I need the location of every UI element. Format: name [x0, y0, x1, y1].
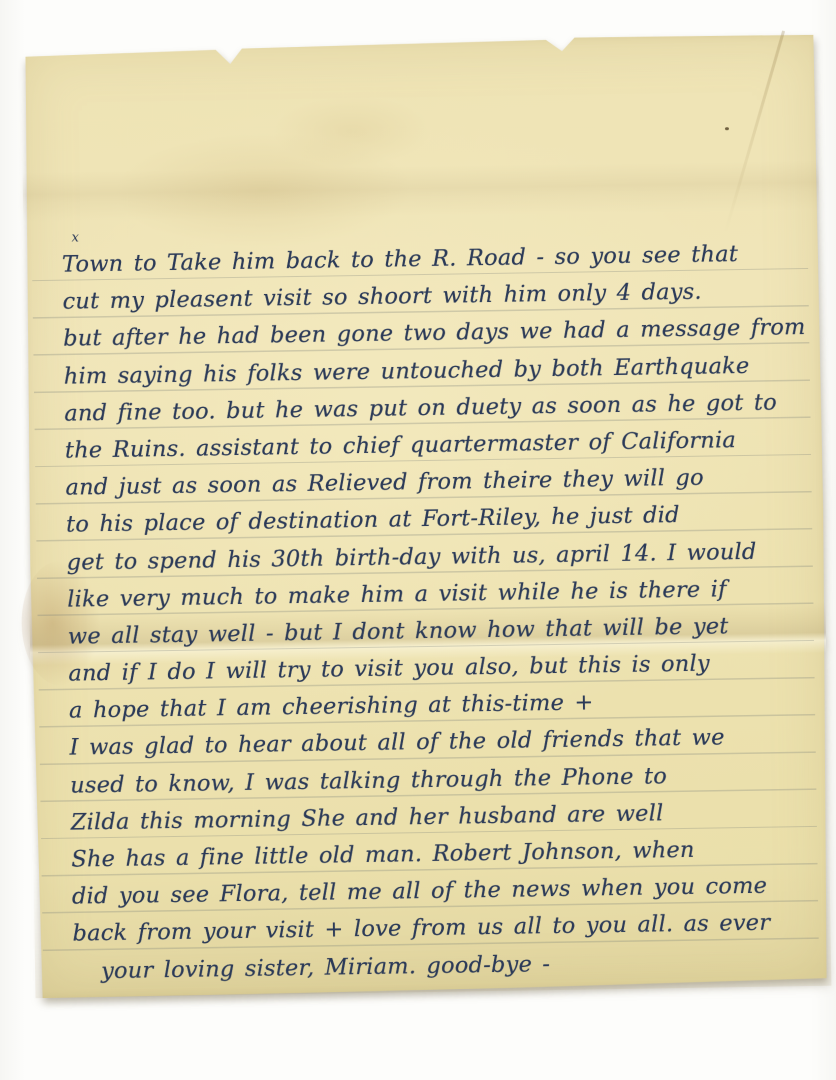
letter-page: x Town to Take him back to the R. Road -…: [21, 34, 832, 998]
insertion-mark: x: [71, 231, 79, 244]
scanner-background: x Town to Take him back to the R. Road -…: [0, 0, 836, 1080]
handwritten-text: x Town to Take him back to the R. Road -…: [62, 235, 804, 990]
